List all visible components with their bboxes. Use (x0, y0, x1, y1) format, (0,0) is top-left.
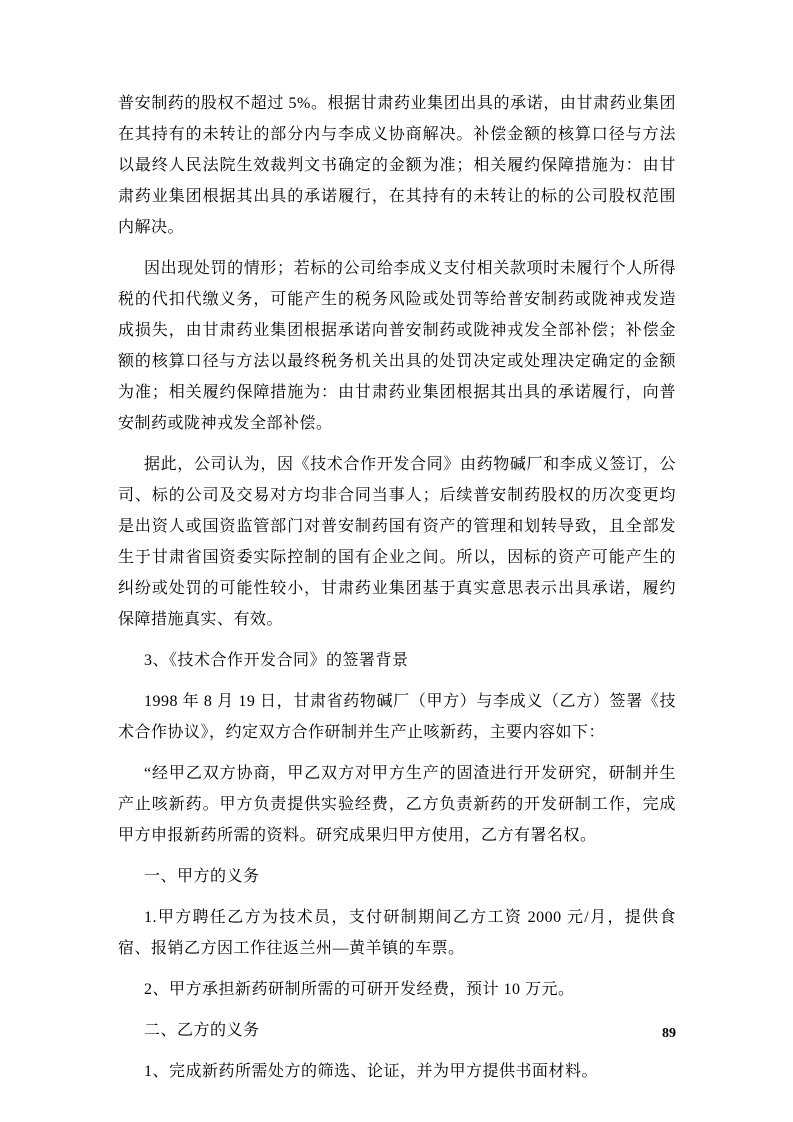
section-heading-party-b-obligations: 二、乙方的义务 (118, 1015, 676, 1046)
text-column: 普安制药的股权不超过 5%。根据甘肃药业集团出具的承诺，由甘肃药业集团在其持有的… (118, 88, 676, 1097)
list-item-party-a-1: 1.甲方聘任乙方为技术员，支付研制期间乙方工资 2000 元/月，提供食宿、报销… (118, 902, 676, 964)
section-heading-party-a-obligations: 一、甲方的义务 (118, 861, 676, 892)
section-heading-contract-background: 3、《技术合作开发合同》的签署背景 (118, 645, 676, 676)
page-number: 89 (662, 1026, 676, 1042)
paragraph-continuation: 普安制药的股权不超过 5%。根据甘肃药业集团出具的承诺，由甘肃药业集团在其持有的… (118, 88, 676, 243)
paragraph-company-opinion: 据此，公司认为，因《技术合作开发合同》由药物碱厂和李成义签订，公司、标的公司及交… (118, 449, 676, 635)
document-page: 普安制药的股权不超过 5%。根据甘肃药业集团出具的承诺，由甘肃药业集团在其持有的… (0, 0, 793, 1122)
paragraph-agreement-quote: “经甲乙双方协商，甲乙双方对甲方生产的固渣进行开发研究，研制并生产止咳新药。甲方… (118, 758, 676, 851)
paragraph-agreement-signing: 1998 年 8 月 19 日，甘肃省药物碱厂（甲方）与李成义（乙方）签署《技术… (118, 686, 676, 748)
paragraph-penalty-compensation: 因出现处罚的情形；若标的公司给李成义支付相关款项时未履行个人所得税的代扣代缴义务… (118, 253, 676, 439)
list-item-party-a-2: 2、甲方承担新药研制所需的可研开发经费，预计 10 万元。 (118, 974, 676, 1005)
list-item-party-b-1: 1、完成新药所需处方的筛选、论证，并为甲方提供书面材料。 (118, 1056, 676, 1087)
